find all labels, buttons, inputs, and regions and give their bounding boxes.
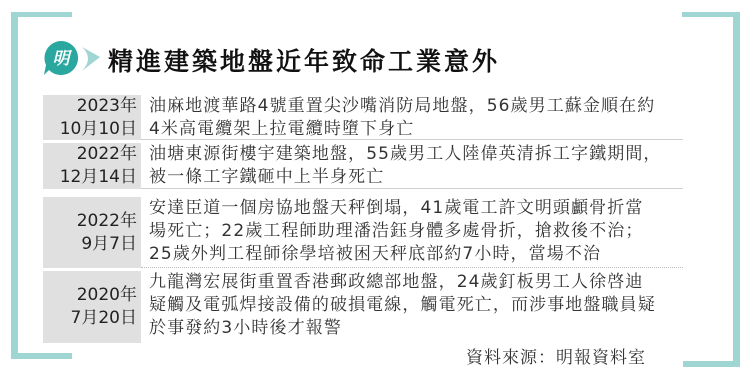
incident-year: 2022年: [77, 143, 137, 166]
description-line: 25歲外判工程師徐學培被困天秤底部約7小時，當場不治: [149, 243, 683, 266]
left-bracket-bottom-arm: [11, 353, 72, 359]
incident-description: 安達臣道一個房協地盤天秤倒塌，41歲電工許文明頭顱骨折當 場死亡；22歲工程師助…: [141, 197, 683, 268]
incident-row: 2023年 10月10日 油麻地渡華路4號重置尖沙嘴消防局地盤，56歲男工蘇金順…: [43, 95, 683, 140]
description-line: 被一條工字鐵砸中上半身死亡: [149, 166, 683, 189]
incident-table: 2023年 10月10日 油麻地渡華路4號重置尖沙嘴消防局地盤，56歲男工蘇金順…: [43, 95, 683, 346]
left-bracket-vertical: [11, 12, 18, 358]
incident-description: 油塘東源街樓宇建築地盤，55歲男工人陸偉英清拆工字鐵期間， 被一條工字鐵砸中上半…: [141, 143, 683, 189]
source-credit: 資料來源：明報資料室: [466, 343, 646, 368]
description-line: 安達臣道一個房協地盤天秤倒塌，41歲電工許文明頭顱骨折當: [149, 197, 683, 220]
incident-date: 2022年 12月14日: [43, 143, 141, 189]
incident-row: 2020年 7月20日 九龍灣宏展街重置香港郵政總部地盤，24歲釘板男工人徐啓迪…: [43, 271, 683, 343]
description-line: 九龍灣宏展街重置香港郵政總部地盤，24歲釘板男工人徐啓迪: [149, 271, 683, 294]
incident-day: 9月7日: [81, 233, 137, 256]
incident-description: 油麻地渡華路4號重置尖沙嘴消防局地盤，56歲男工蘇金順在約 4米高電纜架上拉電纜…: [141, 95, 683, 140]
description-line: 油麻地渡華路4號重置尖沙嘴消防局地盤，56歲男工蘇金順在約: [149, 95, 683, 118]
incident-row: 2022年 9月7日 安達臣道一個房協地盤天秤倒塌，41歲電工許文明頭顱骨折當 …: [43, 197, 683, 268]
incident-row: 2022年 12月14日 油塘東源街樓宇建築地盤，55歲男工人陸偉英清拆工字鐵期…: [43, 143, 683, 189]
description-line: 4米高電纜架上拉電纜時墮下身亡: [149, 118, 683, 141]
description-line: 疑觸及電弧焊接設備的破損電線，觸電死亡，而涉事地盤職員疑: [149, 294, 683, 317]
right-bracket-bottom-arm: [683, 361, 740, 367]
incident-date: 2023年 10月10日: [43, 95, 141, 140]
description-line: 油塘東源街樓宇建築地盤，55歲男工人陸偉英清拆工字鐵期間，: [149, 143, 683, 166]
incident-year: 2023年: [77, 95, 137, 118]
incident-year: 2022年: [77, 210, 137, 233]
incident-year: 2020年: [77, 284, 137, 307]
incident-date: 2022年 9月7日: [43, 197, 141, 268]
right-bracket-top-arm: [682, 12, 740, 17]
mingpao-logo-icon: 明: [44, 40, 80, 76]
right-bracket-vertical: [733, 12, 740, 367]
description-line: 於事發約3小時後才報警: [149, 317, 683, 340]
incident-description: 九龍灣宏展街重置香港郵政總部地盤，24歲釘板男工人徐啓迪 疑觸及電弧焊接設備的破…: [141, 271, 683, 343]
left-bracket-top-arm: [11, 12, 72, 17]
page-title: 精進建築地盤近年致命工業意外: [108, 42, 500, 78]
incident-date: 2020年 7月20日: [43, 271, 141, 343]
incident-day: 10月10日: [60, 118, 137, 141]
incident-day: 12月14日: [60, 166, 137, 189]
incident-day: 7月20日: [71, 307, 137, 330]
description-line: 場死亡；22歲工程師助理潘浩鈺身體多處骨折，搶救後不治；: [149, 220, 683, 243]
